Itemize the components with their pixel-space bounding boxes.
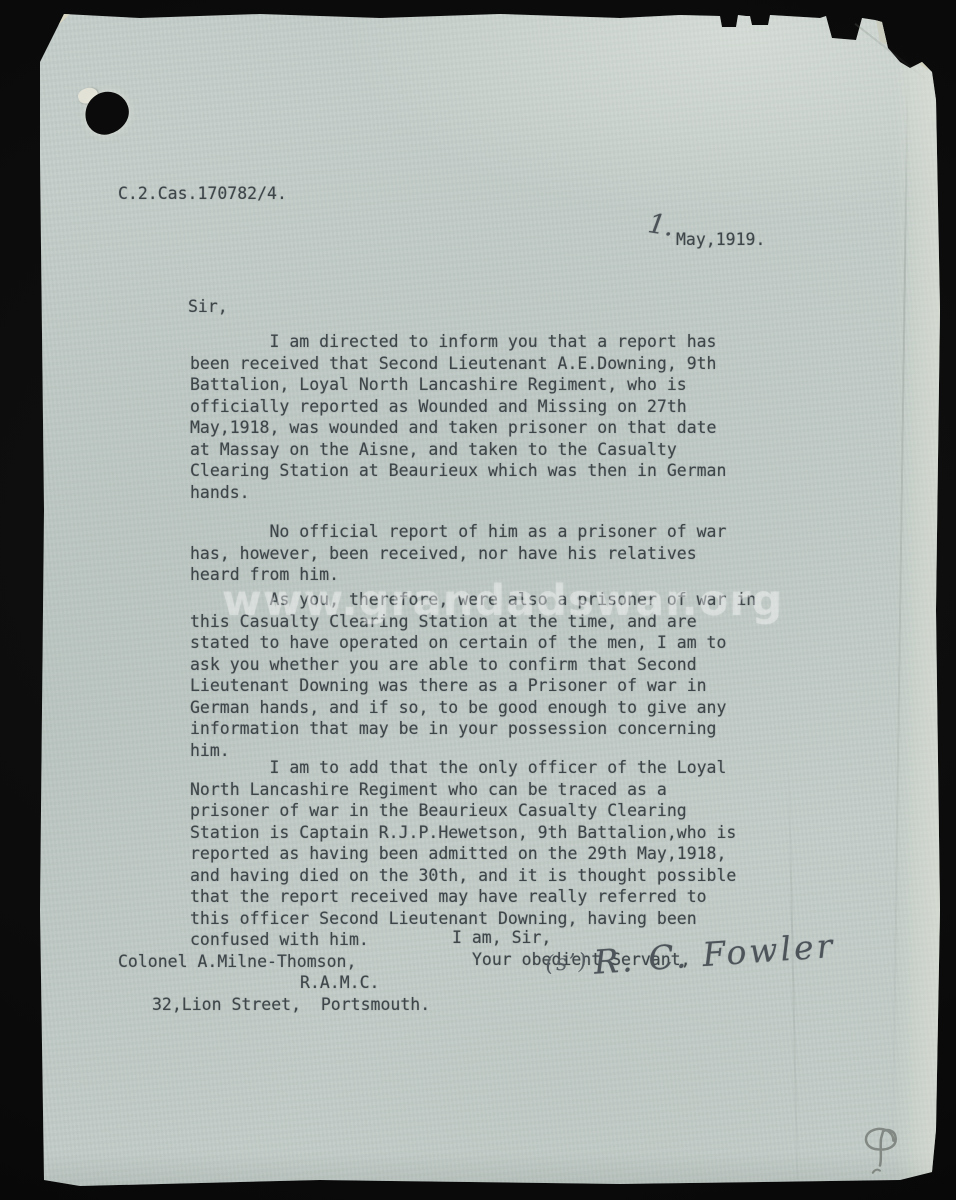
paragraph-3: As you, therefore, were also a prisoner …: [190, 589, 756, 761]
scanned-letter-page: C.2.Cas.170782/4. 1. May,1919. Sir, I am…: [0, 0, 956, 1200]
addressee-unit: R.A.M.C.: [300, 972, 379, 994]
paragraph-4: I am to add that the only officer of the…: [190, 757, 736, 951]
date-line: May,1919.: [676, 229, 765, 251]
handwritten-day: 1.: [646, 208, 676, 243]
pencil-monogram-icon: [852, 1118, 910, 1180]
signature-prefix: (s’): [544, 949, 589, 977]
torn-corner-top-right: [870, 12, 945, 74]
addressee-street: 32,Lion Street, Portsmouth.: [152, 994, 430, 1016]
salutation: Sir,: [188, 296, 228, 318]
closing-i-am-sir: I am, Sir,: [452, 927, 551, 949]
paragraph-2: No official report of him as a prisoner …: [190, 521, 726, 586]
reference-number: C.2.Cas.170782/4.: [118, 183, 287, 205]
addressee-name: Colonel A.Milne-Thomson,: [118, 951, 356, 973]
torn-corner-top-left: [20, 10, 100, 80]
paragraph-1: I am directed to inform you that a repor…: [190, 331, 726, 503]
